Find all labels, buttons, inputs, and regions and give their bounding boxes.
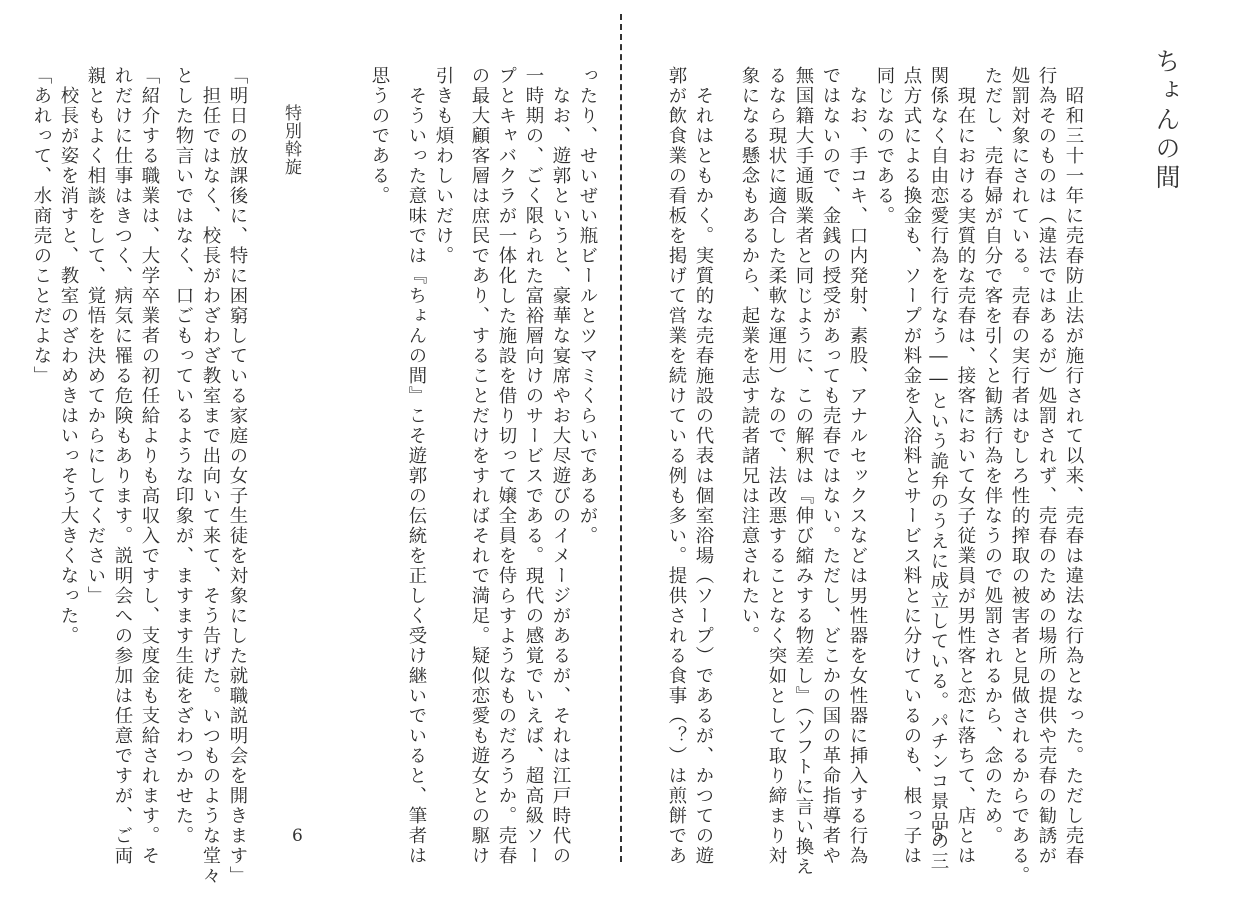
- text-column: 「紹介する職業は、大学卒業者の初任給よりも高収入ですし、支度金も支給されます。そ: [136, 66, 163, 866]
- text-column: 校長が姿を消すと、教室のざわめきはいっそう大きくなった。: [55, 66, 82, 646]
- text-column: れだけに仕事はきつく、病気に罹る危険もあります。説明会への参加は任意ですが、ご両: [109, 66, 136, 866]
- text-column: 「明日の放課後に、特に困窮している家庭の女子生徒を対象にした就職説明会を開きます…: [224, 66, 251, 886]
- page-divider: [620, 14, 622, 862]
- text-column: 昭和三十一年に売春防止法が施行されて以来、売春は違法な行為となった。ただし売春: [1060, 66, 1087, 866]
- page-number: 6: [292, 826, 303, 846]
- text-column: プとキャバクラが一体化した施設を借り切って嬢全員を侍らすようなものだろうか。売春: [493, 66, 520, 866]
- text-column: 象になる懸念もあるから、起業を志す読者諸兄は注意されたい。: [736, 66, 763, 646]
- text-column: 関係なく自由恋愛行為を行なう――という詭弁のうえに成立している。パチンコ景品の三: [925, 66, 952, 871]
- section-title: 特別斡旋: [279, 104, 304, 176]
- text-column: 思うのである。: [366, 66, 393, 206]
- text-column: 行為そのものは（違法ではあるが）処罰されず、売春のための場所の提供や売春の勧誘が: [1033, 66, 1060, 866]
- text-column: そういった意味では『ちょんの間』こそ遊郭の伝統を正しく受け継いでいると、筆者は: [403, 66, 430, 866]
- text-column: とした物言いではなく、口ごもっているような印象が、ますます生徒をざわつかせた。: [170, 66, 197, 846]
- text-column: 一時期の、ごく限られた富裕層向けのサービスである。現代の感覚でいえば、超高級ソー: [520, 66, 547, 866]
- text-column: ったり、せいぜい瓶ビールとツマミくらいであるが。: [574, 66, 601, 546]
- text-column: 点方式による換金も、ソープが料金を入浴料とサービス料とに分けているのも、根っ子は: [898, 66, 925, 866]
- text-column: 無国籍大手通販業者と同じように、この解釈は『伸び縮みする物差し』（ソフトに言い換…: [790, 66, 817, 877]
- chapter-title: ちょんの間: [1148, 48, 1184, 193]
- text-column: 郭が飲食業の看板を掲げて営業を続けている例も多い。提供される食事（？）は煎餅であ: [663, 66, 690, 866]
- text-column: 親ともよく相談をして、覚悟を決めてからにしてください」: [82, 66, 109, 606]
- text-column: 処罰対象にされている。売春の実行者はむしろ性的搾取の被害者と見做されるからである…: [1006, 66, 1033, 886]
- text-column: 「あれって、水商売のことだよな」: [28, 66, 55, 386]
- text-column: 現在における実質的な売春は、接客において女子従業員が男性客と恋に落ちて、店とは: [952, 66, 979, 866]
- text-column: それはともかく。実質的な売春施設の代表は個室浴場（ソープ）であるが、かつての遊: [690, 66, 717, 866]
- text-column: なお、遊郭というと、豪華な宴席やお大尽遊びのイメージがあるが、それは江戸時代の: [547, 66, 574, 866]
- text-column: ただし、売春婦が自分で客を引くと勧誘行為を伴なうので処罰されるから、念のため。: [979, 66, 1006, 846]
- text-column: の最大顧客層は庶民であり、することだけをすればそれで満足。疑似恋愛も遊女との駆け: [466, 66, 493, 866]
- text-column: 担任ではなく、校長がわざわざ教室まで出向いて来て、そう告げた。いつものような堂々: [197, 66, 224, 886]
- text-column: 同じなのである。: [871, 66, 898, 226]
- page-number: 5: [933, 826, 944, 846]
- text-column: るなら現状に適合した柔軟な運用）なので、法改悪することなく突如として取り締まり対: [763, 66, 790, 866]
- text-column: 引きも煩わしいだけ。: [430, 66, 457, 266]
- text-column: ではないので、金銭の授受があっても売春ではない。ただし、どこかの国の革命指導者や: [817, 66, 844, 866]
- text-column: なお、手コキ、口内発射、素股、アナルセックスなどは男性器を女性器に挿入する行為: [844, 66, 871, 866]
